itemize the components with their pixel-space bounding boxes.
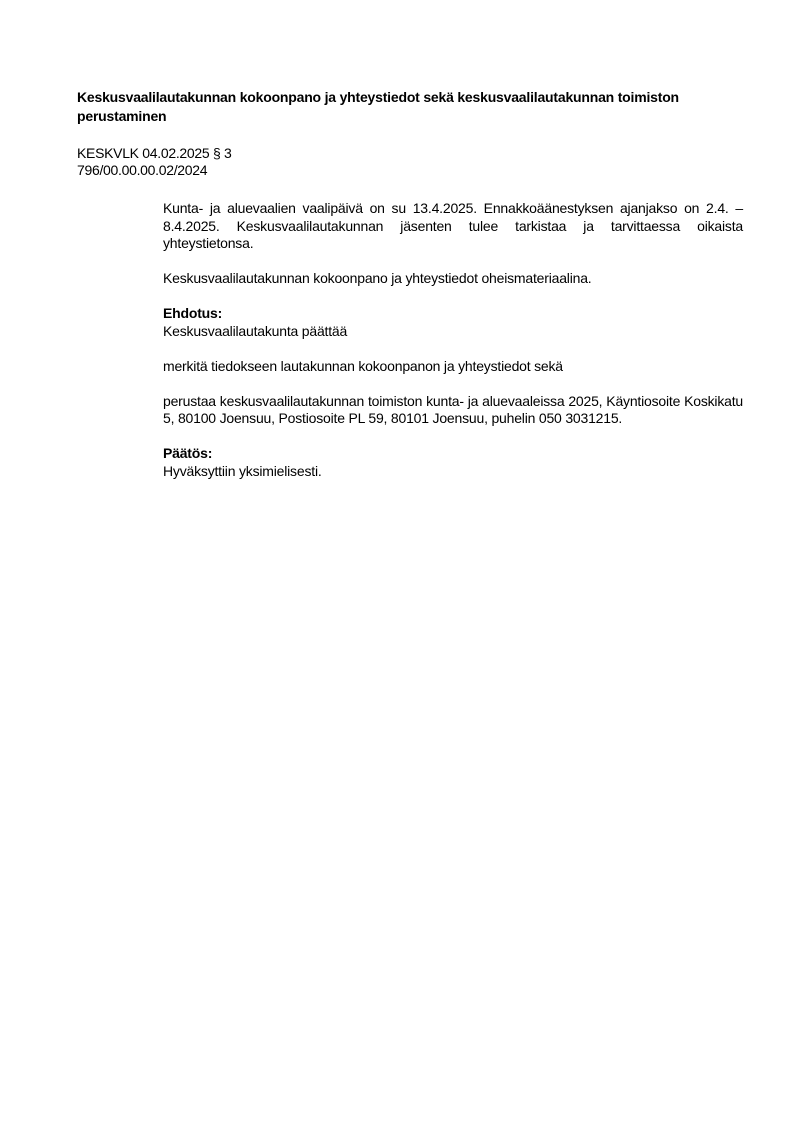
intro-paragraph: Kunta- ja aluevaalien vaalipäivä on su 1… (163, 200, 743, 253)
record-number: 796/00.00.00.02/2024 (77, 162, 232, 179)
decision-text: Hyväksyttiin yksimielisesti. (163, 463, 743, 481)
attachment-note: Keskusvaalilautakunnan kokoonpano ja yht… (163, 270, 743, 288)
document-title: Keskusvaalilautakunnan kokoonpano ja yht… (77, 88, 737, 126)
proposal-item-2: perustaa keskusvaalilautakunnan toimisto… (163, 393, 743, 428)
decision-heading: Päätös: (163, 445, 743, 463)
proposal-heading: Ehdotus: (163, 305, 743, 323)
proposal-item-1: merkitä tiedokseen lautakunnan kokoonpan… (163, 358, 743, 376)
proposal-lead: Keskusvaalilautakunta päättää (163, 323, 743, 341)
document-body: Kunta- ja aluevaalien vaalipäivä on su 1… (163, 200, 743, 480)
meeting-reference: KESKVLK 04.02.2025 § 3 (77, 145, 232, 162)
document-meta: KESKVLK 04.02.2025 § 3 796/00.00.00.02/2… (77, 145, 232, 179)
